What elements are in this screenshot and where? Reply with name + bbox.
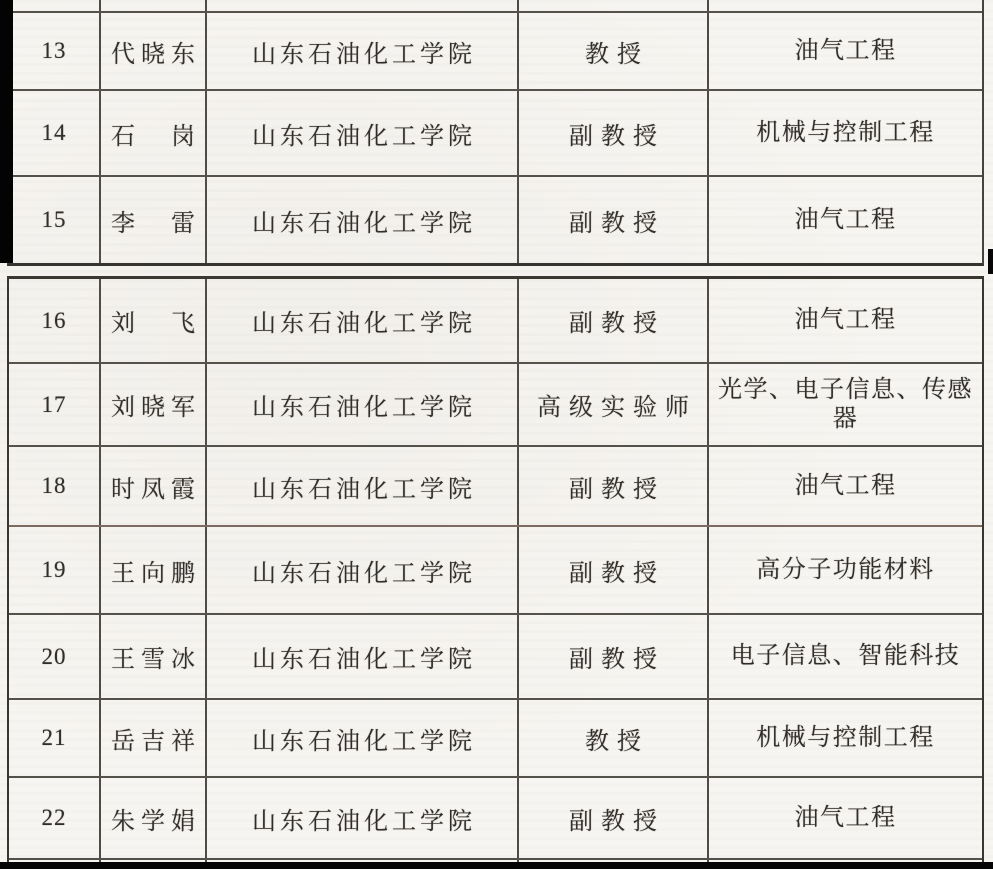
cell-title: 副教授 [517, 615, 707, 698]
table-row: 13 代晓东 山东石油化工学院 教授 油气工程 [9, 11, 982, 89]
cell-title: 高级实验师 [517, 364, 707, 445]
cell-field: 油气工程 [707, 279, 982, 362]
table-row: 17 刘晓军 山东石油化工学院 高级实验师 光学、电子信息、传感器 [9, 362, 982, 445]
cell-field: 油气工程 [707, 778, 982, 858]
cell-row-number: 21 [9, 700, 99, 776]
cell-institution: 山东石油化工学院 [205, 177, 517, 263]
table-row: 14 石 岗 山东石油化工学院 副教授 机械与控制工程 [9, 89, 982, 175]
cell-name: 刘晓军 [99, 364, 205, 445]
cell-title: 副教授 [517, 177, 707, 263]
cell-field: 电子信息、智能科技 [707, 615, 982, 698]
cell-institution: 山东石油化工学院 [205, 91, 517, 175]
cell-title: 副教授 [517, 447, 707, 525]
cell-field [707, 0, 982, 11]
cell-field: 机械与控制工程 [707, 91, 982, 175]
cell-name: 王雪冰 [99, 615, 205, 698]
cell-title: 副教授 [517, 91, 707, 175]
faculty-table-page-top: 13 代晓东 山东石油化工学院 教授 油气工程 14 石 岗 山东石油化工学院 … [7, 0, 984, 266]
cell-institution: 山东石油化工学院 [205, 527, 517, 613]
cell-institution: 山东石油化工学院 [205, 364, 517, 445]
table-row: 15 李 雷 山东石油化工学院 副教授 油气工程 [9, 175, 982, 263]
cell-institution: 山东石油化工学院 [205, 700, 517, 776]
cell-row-number: 19 [9, 527, 99, 613]
cell-row-number: 14 [9, 91, 99, 175]
cell-institution: 山东石油化工学院 [205, 778, 517, 858]
cell-row-number: 13 [9, 13, 99, 89]
cell-institution: 山东石油化工学院 [205, 615, 517, 698]
cell-name: 岳吉祥 [99, 700, 205, 776]
cell-row-number: 15 [9, 177, 99, 263]
cell-field: 油气工程 [707, 13, 982, 89]
cell-title: 副教授 [517, 778, 707, 858]
cell-field: 机械与控制工程 [707, 700, 982, 776]
table-row: 20 王雪冰 山东石油化工学院 副教授 电子信息、智能科技 [9, 613, 982, 698]
cell-name: 朱学娟 [99, 778, 205, 858]
scan-black-artifact-right [988, 249, 993, 274]
cell-row-number: 18 [9, 447, 99, 525]
faculty-table-page-bottom: 16 刘 飞 山东石油化工学院 副教授 油气工程 17 刘晓军 山东石油化工学院… [7, 276, 984, 869]
cell-name: 代晓东 [99, 13, 205, 89]
cell-name: 时凤霞 [99, 447, 205, 525]
table-row: 21 岳吉祥 山东石油化工学院 教授 机械与控制工程 [9, 698, 982, 776]
scan-black-edge-bottom [0, 862, 993, 869]
cell-row-number: 22 [9, 778, 99, 858]
cell-institution: 山东石油化工学院 [205, 447, 517, 525]
scan-black-edge-left [0, 0, 13, 263]
cell-title: 副教授 [517, 527, 707, 613]
cell-name [99, 0, 205, 11]
cell-field: 油气工程 [707, 177, 982, 263]
cell-title: 教授 [517, 700, 707, 776]
cell-row-number: 17 [9, 364, 99, 445]
cell-title [517, 0, 707, 11]
cell-institution: 山东石油化工学院 [205, 279, 517, 362]
table-row: 19 王向鹏 山东石油化工学院 副教授 高分子功能材料 [9, 525, 982, 613]
table-row: 18 时凤霞 山东石油化工学院 副教授 油气工程 [9, 445, 982, 525]
cell-title: 副教授 [517, 279, 707, 362]
cell-row-number: 16 [9, 279, 99, 362]
cell-field: 油气工程 [707, 447, 982, 525]
cell-name: 刘 飞 [99, 279, 205, 362]
cell-name: 石 岗 [99, 91, 205, 175]
cell-name: 王向鹏 [99, 527, 205, 613]
cell-title: 教授 [517, 13, 707, 89]
table-row: 16 刘 飞 山东石油化工学院 副教授 油气工程 [9, 279, 982, 362]
cell-institution [205, 0, 517, 11]
table-row-partial [9, 0, 982, 11]
cell-field: 光学、电子信息、传感器 [707, 364, 982, 445]
cell-field: 高分子功能材料 [707, 527, 982, 613]
cell-row-number [9, 0, 99, 11]
cell-row-number: 20 [9, 615, 99, 698]
cell-name: 李 雷 [99, 177, 205, 263]
table-row: 22 朱学娟 山东石油化工学院 副教授 油气工程 [9, 776, 982, 858]
cell-institution: 山东石油化工学院 [205, 13, 517, 89]
